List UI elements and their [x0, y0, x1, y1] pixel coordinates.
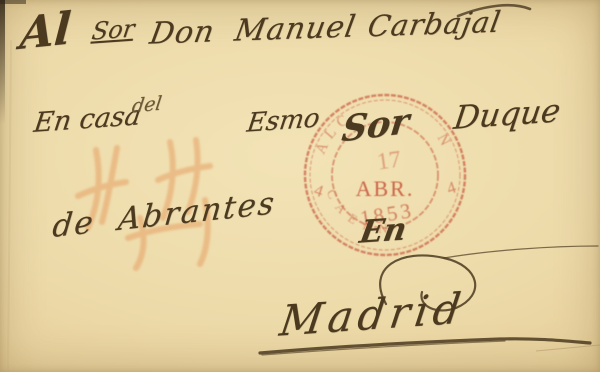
address-en-casa: En casa	[32, 102, 142, 137]
address-del: del	[131, 94, 163, 116]
scan-edge-shadow	[0, 0, 5, 125]
postmark-ornament-right: 4	[444, 177, 458, 198]
scan-corner-shadow	[0, 0, 26, 4]
address-esmo: Esmo	[245, 105, 321, 136]
address-al: Al	[19, 7, 73, 57]
postmark-month: ABR.	[356, 176, 415, 201]
address-sor: Sor	[90, 16, 136, 43]
address-duque: Duque	[452, 94, 563, 134]
paper-crease-right	[536, 345, 600, 351]
postal-cover: ALC N C A E L N 4 4 17 ABR. 1853 Al Sor	[0, 0, 600, 372]
address-en: En	[357, 214, 409, 249]
postmark-ornament-left: 4	[312, 180, 326, 201]
madrid-tail-flourish	[444, 246, 598, 258]
postmark-day: 17	[375, 147, 402, 176]
address-don-manuel: Don Manuel	[147, 12, 358, 49]
address-sor-script: Sor	[340, 104, 411, 148]
address-carbajal: Carbajal	[365, 8, 503, 42]
fold-crease-left	[8, 40, 11, 372]
